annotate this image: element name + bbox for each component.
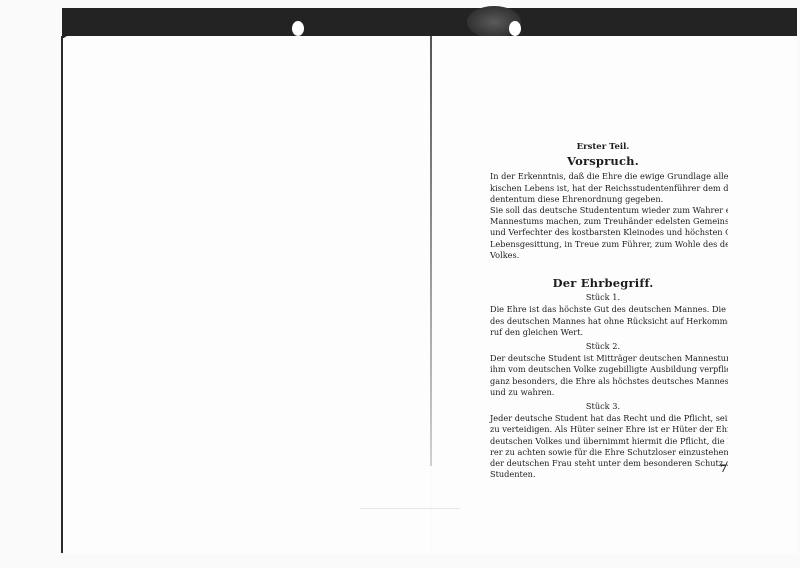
- text-line: In der Erkenntnis, daß die Ehre die ewig…: [478, 171, 728, 182]
- punch-hole-right: [509, 21, 521, 36]
- articles: Stück 1.Die Ehre ist das höchste Gut des…: [478, 292, 728, 480]
- binder-top-edge: [62, 8, 797, 38]
- text-line: Volkes.: [478, 250, 728, 261]
- section-title: Der Ehrbegriff.: [478, 278, 728, 289]
- text-line: des deutschen Mannes hat ohne Rücksicht …: [478, 316, 728, 327]
- text-line: kischen Lebens ist, hat der Reichsstuden…: [478, 183, 728, 194]
- text-line: Jeder deutsche Student hat das Recht und…: [478, 413, 728, 424]
- text-line: rer zu achten sowie für die Ehre Schutzl…: [478, 447, 728, 458]
- article-paragraph: Jeder deutsche Student hat das Recht und…: [478, 413, 728, 480]
- text-line: Mannestums machen, zum Treuhänder edelst…: [478, 216, 728, 227]
- text-line: Die Ehre ist das höchste Gut des deutsch…: [478, 304, 728, 315]
- preamble: In der Erkenntnis, daß die Ehre die ewig…: [478, 171, 728, 261]
- article-label: Stück 2.: [478, 341, 728, 352]
- article-label: Stück 1.: [478, 292, 728, 303]
- text-line: ganz besonders, die Ehre als höchstes de…: [478, 376, 728, 387]
- left-page: [63, 36, 431, 554]
- page-title: Vorspruch.: [478, 156, 728, 167]
- text-line: der deutschen Frau steht unter dem beson…: [478, 458, 728, 469]
- punch-hole-left: [292, 21, 304, 36]
- preamble-paragraph: Sie soll das deutsche Studententum wiede…: [478, 205, 728, 261]
- text-line: ihm vom deutschen Volke zugebilligte Aus…: [478, 364, 728, 375]
- text-line: dententum diese Ehrenordnung gegeben.: [478, 194, 728, 205]
- page-number: 7: [720, 464, 727, 475]
- text-line: und zu wahren.: [478, 387, 728, 398]
- faint-rule: [360, 508, 460, 509]
- text-line: zu verteidigen. Als Hüter seiner Ehre is…: [478, 424, 728, 435]
- text-line: Lebensgesittung, in Treue zum Führer, zu…: [478, 239, 728, 250]
- preamble-paragraph: In der Erkenntnis, daß die Ehre die ewig…: [478, 171, 728, 205]
- text-line: ruf den gleichen Wert.: [478, 327, 728, 338]
- text-line: Der deutsche Student ist Mitträger deuts…: [478, 353, 728, 364]
- article-label: Stück 3.: [478, 401, 728, 412]
- article-paragraph: Der deutsche Student ist Mitträger deuts…: [478, 353, 728, 398]
- right-page-text: Erster Teil. Vorspruch. In der Erkenntni…: [478, 142, 728, 480]
- article-paragraph: Die Ehre ist das höchste Gut des deutsch…: [478, 304, 728, 338]
- text-line: deutschen Volkes und übernimmt hiermit d…: [478, 436, 728, 447]
- part-label: Erster Teil.: [478, 142, 728, 153]
- book-spine: [430, 36, 432, 466]
- text-line: Studenten.: [478, 469, 728, 480]
- text-line: und Verfechter des kostbarsten Kleinodes…: [478, 227, 728, 238]
- text-line: Sie soll das deutsche Studententum wiede…: [478, 205, 728, 216]
